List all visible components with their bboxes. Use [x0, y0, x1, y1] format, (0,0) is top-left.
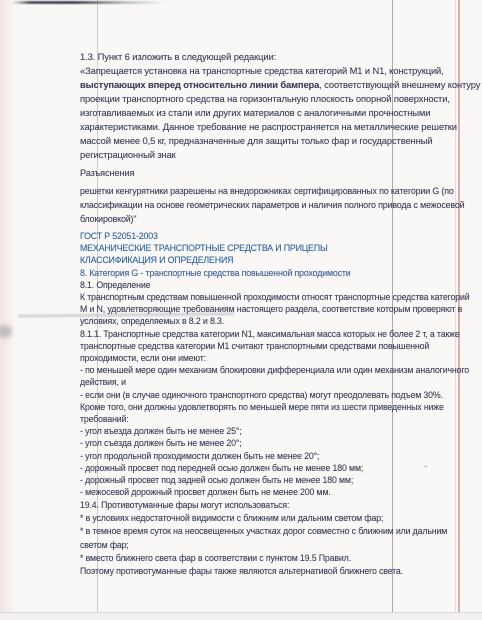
text-line: требований: — [80, 413, 472, 425]
text-line: Поэтому противотуманные фары также являю… — [80, 565, 472, 578]
scanned-document-page: " 1.3. Пункт 6 изложить в следующей реда… — [0, 0, 482, 620]
text-line: классификации на основе геометрических п… — [80, 198, 472, 212]
text-line: блокировкой)" — [80, 212, 472, 226]
text-line: 8.1.1. Транспортные средства категории N… — [80, 328, 472, 340]
gost-subtitle2: КЛАССИФИКАЦИЯ И ОПРЕДЕЛЕНИЯ — [80, 254, 472, 266]
list-item: - дорожный просвет под передней осью дол… — [80, 462, 472, 474]
text-line: 1.3. Пункт 6 изложить в следующей редакц… — [80, 50, 472, 64]
text-line: Разъяснения — [80, 166, 472, 180]
gost-title: ГОСТ Р 52051-2003 — [80, 230, 472, 242]
text-line: изготавливаемых из стали или других мате… — [80, 106, 472, 120]
text-line: К транспортным средствам повышенной прох… — [80, 291, 472, 303]
scan-bottom-edge — [0, 612, 482, 620]
list-item: - межосевой дорожный просвет должен быть… — [80, 486, 472, 498]
text-line: «Запрещается установка на транспортные с… — [80, 64, 472, 78]
text-line: Кроме того, они должны удовлетворять по … — [80, 401, 472, 413]
text-line: действия, и — [80, 376, 472, 388]
text-line: 8.1. Определение — [80, 279, 472, 291]
list-item: - угол продольной проходимости должен бы… — [80, 450, 472, 462]
list-item: - дорожный просвет под задней осью долже… — [80, 474, 472, 486]
list-item: - угол съезда должен быть не менее 20°; — [80, 437, 472, 449]
list-item: * в темное время суток на неосвещенных у… — [80, 525, 472, 538]
list-item: светом фар; — [80, 539, 472, 552]
text-line: регистрационный знак — [80, 148, 472, 162]
fog-lamps-section: 19.4. Противотуманные фары могут использ… — [80, 499, 472, 578]
text-line: - если они (в случае одиночного транспор… — [80, 389, 472, 401]
text-line: 19.4. Противотуманные фары могут использ… — [80, 499, 472, 512]
text-line: проходимости, если они имеют: — [80, 352, 472, 364]
gost-section: ГОСТ Р 52051-2003 МЕХАНИЧЕСКИЕ ТРАНСПОРТ… — [80, 230, 472, 498]
text-line: условиях, определяемых в 8.2 и 8.3. — [80, 315, 472, 327]
list-item: * в условиях недостаточной видимости с б… — [80, 512, 472, 525]
scan-left-edge-shadow — [0, 0, 16, 612]
list-item: * вместо ближнего света фар в соответств… — [80, 552, 472, 565]
clarification-heading: Разъяснения — [80, 166, 472, 180]
text-line: М и N, удовлетворяющие требованиям насто… — [80, 303, 472, 315]
text-line: характеристиками. Данное требование не р… — [80, 120, 472, 134]
text-line: - по меньшей мере один механизм блокиров… — [80, 364, 472, 376]
scan-top-edge-line — [12, 1, 164, 4]
gost-subtitle: МЕХАНИЧЕСКИЕ ТРАНСПОРТНЫЕ СРЕДСТВА И ПРИ… — [80, 242, 472, 254]
text-line: выступающих вперед относительно линии ба… — [80, 78, 472, 92]
list-item: - угол въезда должен быть не менее 25°; — [80, 425, 472, 437]
text-line: массой менее 0,5 кг, предназначенные для… — [80, 134, 472, 148]
text: , соответствующей внешнему контуру — [319, 79, 480, 90]
bold-text: выступающих вперед относительно линии ба… — [80, 79, 319, 90]
text-line: решетки кенгурятники разрешены на внедор… — [80, 184, 472, 198]
clarification-paragraph: решетки кенгурятники разрешены на внедор… — [80, 184, 472, 226]
text-line: проекции транспортного средства на гориз… — [80, 92, 472, 106]
category-g-heading: 8. Категория G - транспортные средства п… — [80, 267, 472, 279]
paragraph-point-1-3: 1.3. Пункт 6 изложить в следующей редакц… — [80, 50, 472, 162]
text-line: транспортные средства категории М1 счита… — [80, 340, 472, 352]
